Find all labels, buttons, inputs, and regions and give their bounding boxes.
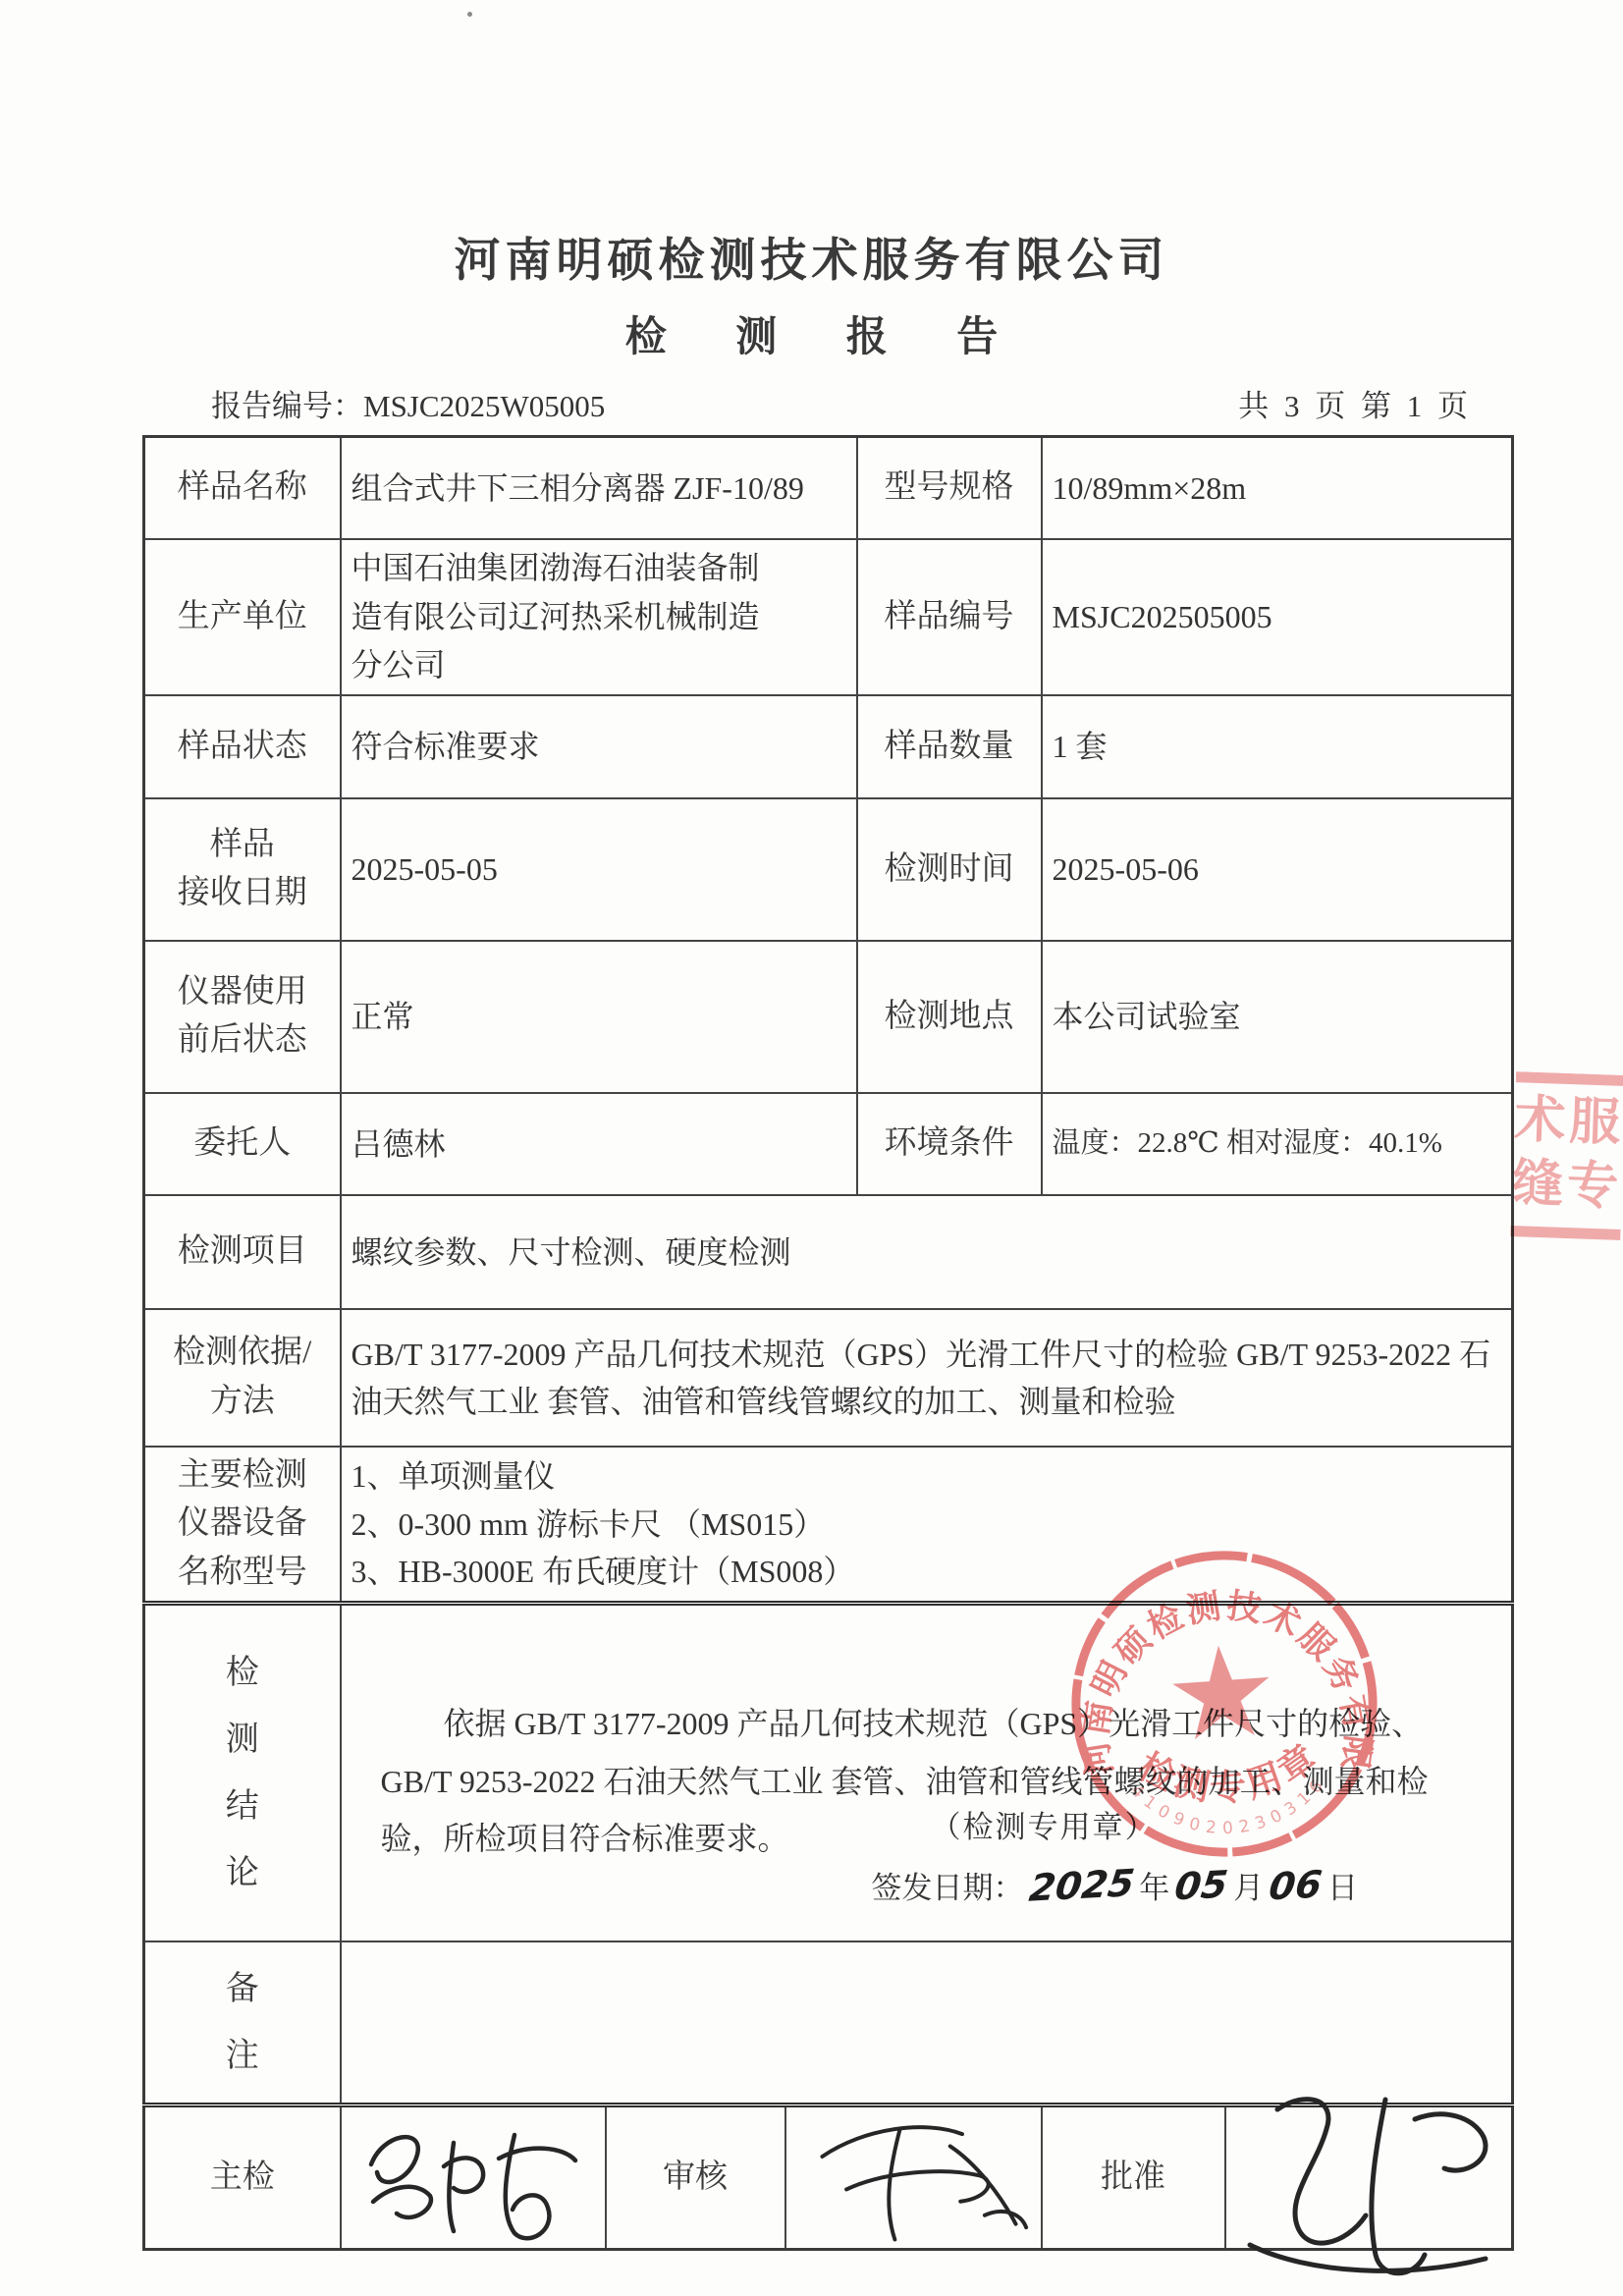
edge-stamp-line2: 缝专 (1511, 1152, 1623, 1226)
sample-qty-value: 1 套 (1042, 695, 1513, 798)
test-items-label: 检测项目 (144, 1195, 341, 1309)
reviewer-signature (796, 2113, 1042, 2243)
model-spec-value: 10/89mm×28m (1042, 437, 1513, 540)
conclusion-text: 依据 GB/T 3177-2009 产品几何技术规范（GPS）光滑工件尺寸的检验… (381, 1695, 1477, 1867)
approver-signature-cell (1225, 2105, 1513, 2250)
conclusion-cell: 依据 GB/T 3177-2009 产品几何技术规范（GPS）光滑工件尺寸的检验… (341, 1604, 1513, 1942)
test-basis-value: GB/T 3177-2009 产品几何技术规范（GPS）光滑工件尺寸的检验 GB… (341, 1309, 1513, 1447)
table-row: 检测项目 螺纹参数、尺寸检测、硬度检测 (144, 1195, 1513, 1309)
instrument-state-label: 仪器使用 前后状态 (144, 941, 341, 1093)
edge-stamp-frame: 术服务 缝专 (1510, 1071, 1623, 1246)
table-row: 检测依据/ 方法 GB/T 3177-2009 产品几何技术规范（GPS）光滑工… (144, 1309, 1513, 1447)
sample-no-label: 样品编号 (857, 539, 1042, 695)
model-spec-label: 型号规格 (857, 437, 1042, 540)
report-number-label: 报告编号： (211, 389, 363, 423)
edge-stamp-line1: 术服务 (1513, 1088, 1623, 1162)
table-row: 仪器使用 前后状态 正常 检测地点 本公司试验室 (144, 941, 1513, 1093)
table-row: 委托人 吕德林 环境条件 温度：22.8℃ 相对湿度：40.1% (144, 1093, 1513, 1195)
page-indicator: 共 3 页 第 1 页 (1238, 381, 1511, 425)
issue-day-handwritten: 06 (1267, 1863, 1325, 1909)
client-label: 委托人 (144, 1093, 341, 1195)
table-row: 样品状态 符合标准要求 样品数量 1 套 (144, 695, 1513, 798)
scan-speck (467, 12, 472, 17)
report-meta: 报告编号：MSJC2025W05005 共 3 页 第 1 页 (142, 381, 1511, 425)
issue-month-handwritten: 05 (1172, 1863, 1230, 1909)
instrument-line: 2、0-300 mm 游标卡尺 （MS015） (352, 1502, 1502, 1547)
report-table: 样品名称 组合式井下三相分离器 ZJF-10/89 型号规格 10/89mm×2… (142, 435, 1514, 2251)
approver-signature (1220, 2080, 1515, 2288)
instruments-label: 主要检测 仪器设备 名称型号 (144, 1447, 341, 1604)
sample-name-value: 组合式井下三相分离器 ZJF-10/89 (341, 437, 857, 540)
test-time-value: 2025-05-06 (1042, 798, 1513, 941)
instrument-line: 1、单项测量仪 (352, 1453, 1502, 1499)
test-place-value: 本公司试验室 (1042, 941, 1513, 1093)
instrument-line: 3、HB-3000E 布氏硬度计（MS008） (352, 1549, 1502, 1594)
approver-label: 批准 (1042, 2105, 1225, 2250)
company-name: 河南明硕检测技术服务有限公司 (0, 224, 1623, 290)
receive-date-value: 2025-05-05 (341, 798, 857, 941)
seal-note: （检测专用章） (931, 1802, 1158, 1846)
test-items-value: 螺纹参数、尺寸检测、硬度检测 (341, 1195, 1513, 1309)
chief-inspector-signature (355, 2115, 591, 2241)
environment-label: 环境条件 (857, 1093, 1042, 1195)
month-char: 月 (1233, 1871, 1264, 1905)
table-row: 主检 审核 (144, 2105, 1513, 2250)
table-row: 样品名称 组合式井下三相分离器 ZJF-10/89 型号规格 10/89mm×2… (144, 437, 1513, 540)
reviewer-label: 审核 (606, 2105, 785, 2250)
client-value: 吕德林 (341, 1093, 857, 1195)
receive-date-label: 样品 接收日期 (144, 798, 341, 941)
edge-paging-stamp: 术服务 缝专 (1510, 1071, 1623, 1248)
chief-inspector-signature-cell (341, 2105, 606, 2250)
test-time-label: 检测时间 (857, 798, 1042, 941)
sample-state-value: 符合标准要求 (341, 695, 857, 798)
test-place-label: 检测地点 (857, 941, 1042, 1093)
test-report-page: 河南明硕检测技术服务有限公司 检 测 报 告 报告编号：MSJC2025W050… (0, 0, 1623, 2296)
table-row: 样品 接收日期 2025-05-05 检测时间 2025-05-06 (144, 798, 1513, 941)
report-title: 检 测 报 告 (0, 304, 1623, 363)
test-basis-label: 检测依据/ 方法 (144, 1309, 341, 1447)
remark-label: 备 注 (144, 1941, 341, 2105)
table-row: 检 测 结 论 依据 GB/T 3177-2009 产品几何技术规范（GPS）光… (144, 1604, 1513, 1942)
table-row: 生产单位 中国石油集团渤海石油装备制造有限公司辽河热采机械制造分公司 样品编号 … (144, 539, 1513, 695)
environment-value: 温度：22.8℃ 相对湿度：40.1% (1042, 1093, 1513, 1195)
instruments-value: 1、单项测量仪 2、0-300 mm 游标卡尺 （MS015） 3、HB-300… (341, 1447, 1513, 1604)
year-char: 年 (1139, 1871, 1169, 1905)
manufacturer-value: 中国石油集团渤海石油装备制造有限公司辽河热采机械制造分公司 (341, 539, 857, 695)
conclusion-label: 检 测 结 论 (144, 1604, 341, 1942)
instrument-state-value: 正常 (341, 941, 857, 1093)
issue-date-label: 签发日期： (872, 1871, 1024, 1905)
reviewer-signature-cell (785, 2105, 1042, 2250)
day-char: 日 (1327, 1871, 1358, 1905)
sample-name-label: 样品名称 (144, 437, 341, 540)
issue-year-handwritten: 2025 (1026, 1862, 1136, 1910)
sample-no-value: MSJC202505005 (1042, 539, 1513, 695)
chief-inspector-label: 主检 (144, 2105, 341, 2250)
table-row: 主要检测 仪器设备 名称型号 1、单项测量仪 2、0-300 mm 游标卡尺 （… (144, 1447, 1513, 1604)
report-number: 报告编号：MSJC2025W05005 (142, 381, 605, 425)
issue-date-line: 签发日期：2025年05月06日 (872, 1863, 1359, 1907)
sample-state-label: 样品状态 (144, 695, 341, 798)
manufacturer-label: 生产单位 (144, 539, 341, 695)
report-number-value: MSJC2025W05005 (363, 389, 605, 423)
sample-qty-label: 样品数量 (857, 695, 1042, 798)
